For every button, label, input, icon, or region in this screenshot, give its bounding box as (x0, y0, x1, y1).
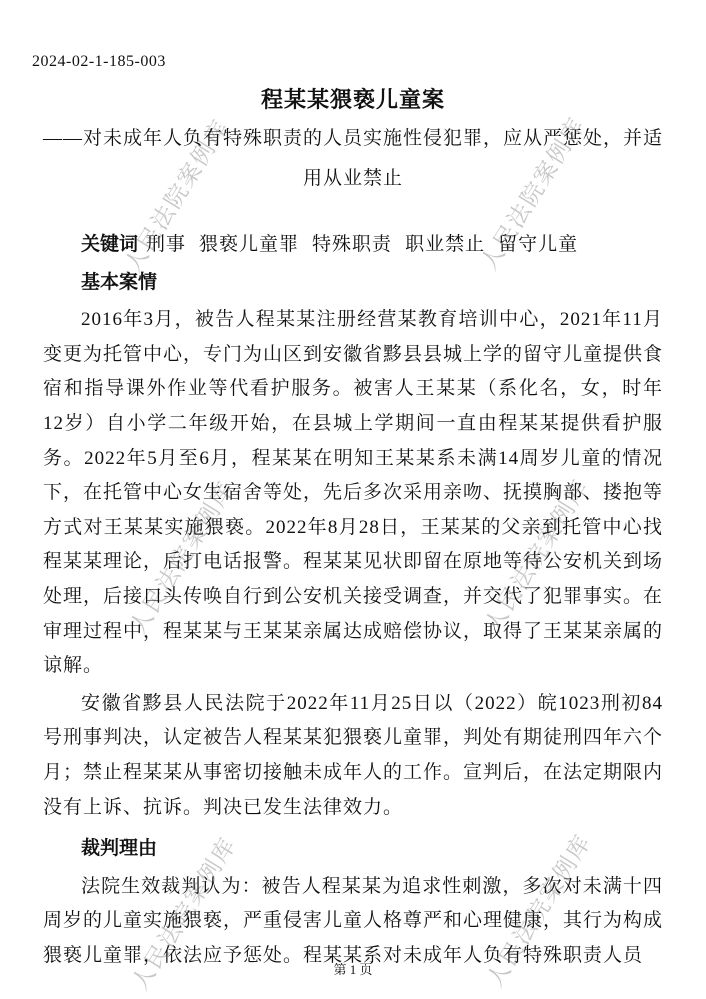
section-basic-facts: 基本案情 2016年3月，被告人程某某注册经营某教育培训中心，2021年11月变… (43, 266, 663, 826)
page-title: 程某某猥亵儿童案 (43, 85, 663, 115)
keyword-item: 猥亵儿童罪 (199, 234, 299, 255)
case-subtitle: ——对未成年人负有特殊职责的人员实施性侵犯罪，应从严惩处，并适用从业禁止 (43, 119, 663, 199)
keyword-item: 刑事 (146, 234, 186, 255)
keywords-label: 关键词 (81, 234, 138, 255)
document-content: 2024-02-1-185-003 程某某猥亵儿童案 ——对未成年人负有特殊职责… (0, 0, 706, 973)
keywords-line: 关键词刑事猥亵儿童罪特殊职责职业禁止留守儿童 (43, 228, 663, 263)
keyword-item: 留守儿童 (498, 234, 578, 255)
case-number: 2024-02-1-185-003 (32, 51, 663, 73)
keyword-item: 特殊职责 (312, 234, 392, 255)
paragraph: 2016年3月，被告人程某某注册经营某教育培训中心，2021年11月变更为托管中… (43, 303, 663, 684)
keyword-item: 职业禁止 (405, 234, 485, 255)
section-judgment-reasons: 裁判理由 法院生效裁判认为：被告人程某某为追求性刺激，多次对未满十四周岁的儿童实… (43, 832, 663, 973)
paragraph: 安徽省黟县人民法院于2022年11月25日以（2022）皖1023刑初84号刑事… (43, 687, 663, 825)
paragraph: 法院生效裁判认为：被告人程某某为追求性刺激，多次对未满十四周岁的儿童实施猥亵，严… (43, 870, 663, 974)
section-heading-basic-facts: 基本案情 (43, 266, 663, 301)
footer-page-number: 第 1 页 (0, 961, 706, 979)
document-page: 人民法院案例库 人民法院案例库 人民法院案例库 人民法院案例库 人民法院案例库 … (0, 0, 706, 999)
section-heading-judgment-reasons: 裁判理由 (43, 832, 663, 867)
